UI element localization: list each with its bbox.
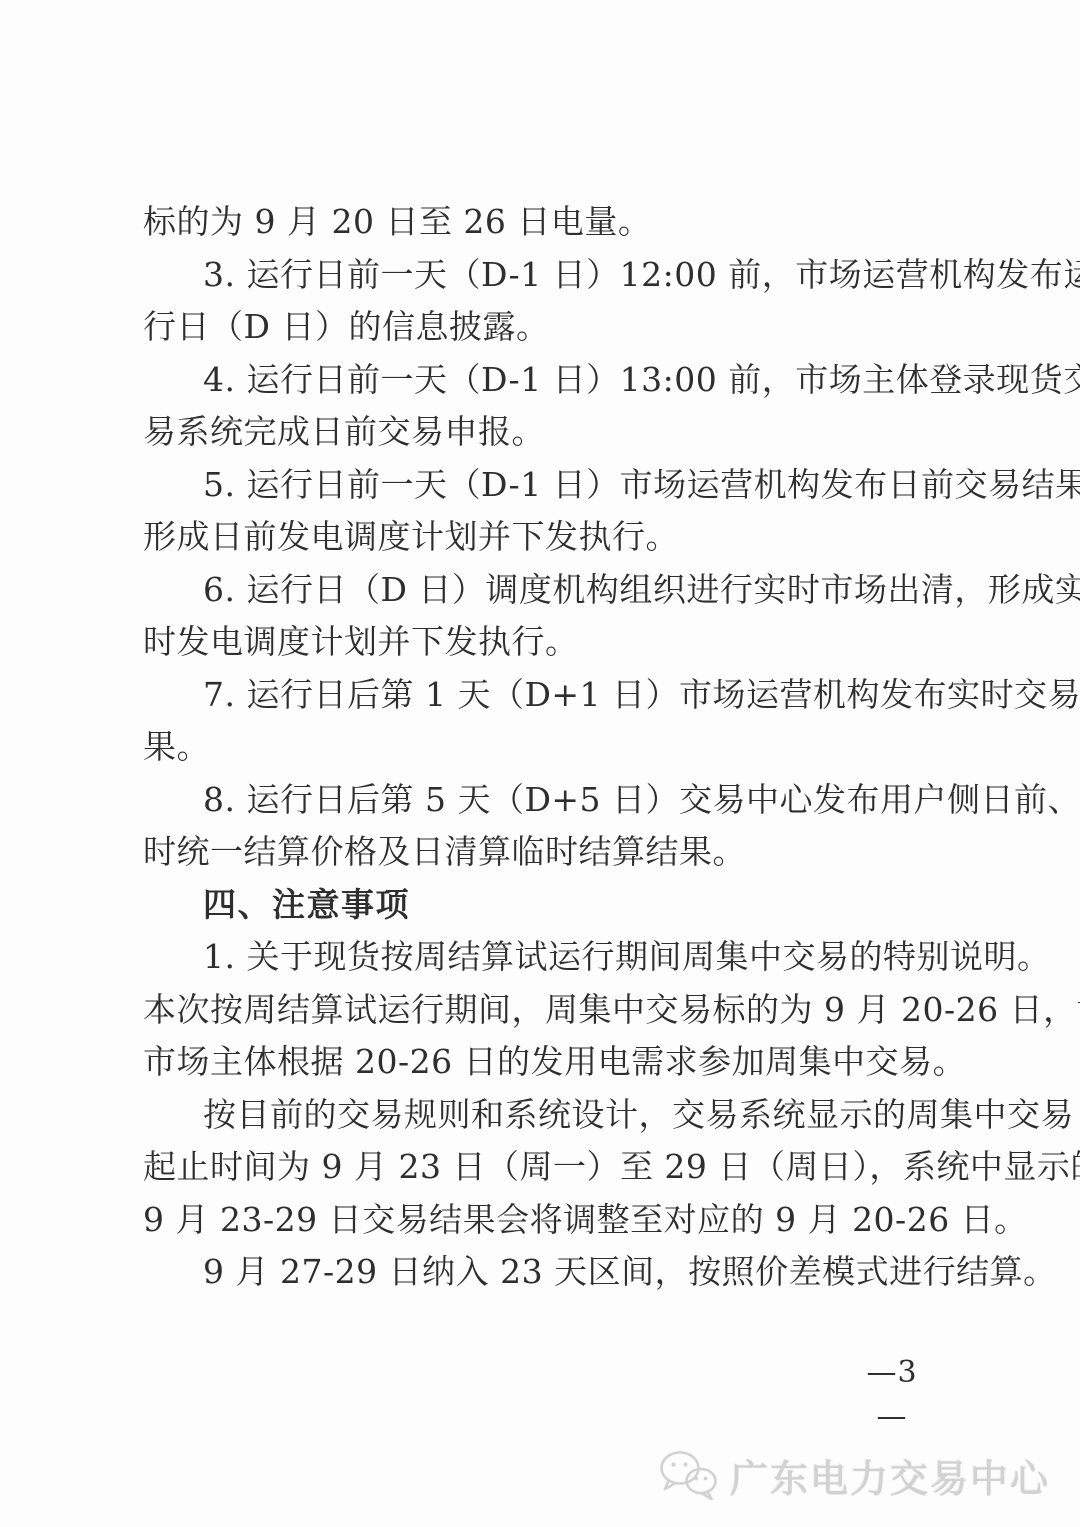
text-line: 3. 运行日前一天（D-1 日）12:00 前，市场运营机构发布运 bbox=[143, 249, 953, 302]
text-line: 易系统完成日前交易申报。 bbox=[143, 406, 953, 459]
text-line: 行日（D 日）的信息披露。 bbox=[143, 301, 953, 354]
section-heading: 四、注意事项 bbox=[143, 879, 953, 932]
text-line: 7. 运行日后第 1 天（D+1 日）市场运营机构发布实时交易结 bbox=[143, 669, 953, 722]
text-line: 起止时间为 9 月 23 日（周一）至 29 日（周日），系统中显示的 bbox=[143, 1141, 953, 1194]
text-line: 5. 运行日前一天（D-1 日）市场运营机构发布日前交易结果， bbox=[143, 459, 953, 512]
text-line: 果。 bbox=[143, 721, 953, 774]
text-line: 时发电调度计划并下发执行。 bbox=[143, 616, 953, 669]
text-line: 9 月 27-29 日纳入 23 天区间，按照价差模式进行结算。 bbox=[143, 1246, 953, 1299]
text-line: 9 月 23-29 日交易结果会将调整至对应的 9 月 20-26 日。 bbox=[143, 1194, 953, 1247]
text-line: 8. 运行日后第 5 天（D+5 日）交易中心发布用户侧日前、实 bbox=[143, 774, 953, 827]
document-body: 标的为 9 月 20 日至 26 日电量。3. 运行日前一天（D-1 日）12:… bbox=[143, 196, 953, 1299]
watermark: 广东电力交易中心 bbox=[656, 1448, 1050, 1503]
page-number: —3— bbox=[852, 1351, 932, 1439]
wechat-icon bbox=[656, 1449, 722, 1503]
text-line: 1. 关于现货按周结算试运行期间周集中交易的特别说明。 bbox=[143, 931, 953, 984]
text-line: 标的为 9 月 20 日至 26 日电量。 bbox=[143, 196, 953, 249]
text-line: 时统一结算价格及日清算临时结算结果。 bbox=[143, 826, 953, 879]
text-line: 4. 运行日前一天（D-1 日）13:00 前，市场主体登录现货交 bbox=[143, 354, 953, 407]
text-line: 按目前的交易规则和系统设计，交易系统显示的周集中交易 bbox=[143, 1089, 953, 1142]
document-page: 标的为 9 月 20 日至 26 日电量。3. 运行日前一天（D-1 日）12:… bbox=[0, 0, 1080, 1527]
text-line: 本次按周结算试运行期间，周集中交易标的为 9 月 20-26 日，请 bbox=[143, 984, 953, 1037]
watermark-label: 广东电力交易中心 bbox=[730, 1448, 1050, 1503]
text-line: 形成日前发电调度计划并下发执行。 bbox=[143, 511, 953, 564]
text-line: 6. 运行日（D 日）调度机构组织进行实时市场出清，形成实 bbox=[143, 564, 953, 617]
text-line: 市场主体根据 20-26 日的发用电需求参加周集中交易。 bbox=[143, 1036, 953, 1089]
